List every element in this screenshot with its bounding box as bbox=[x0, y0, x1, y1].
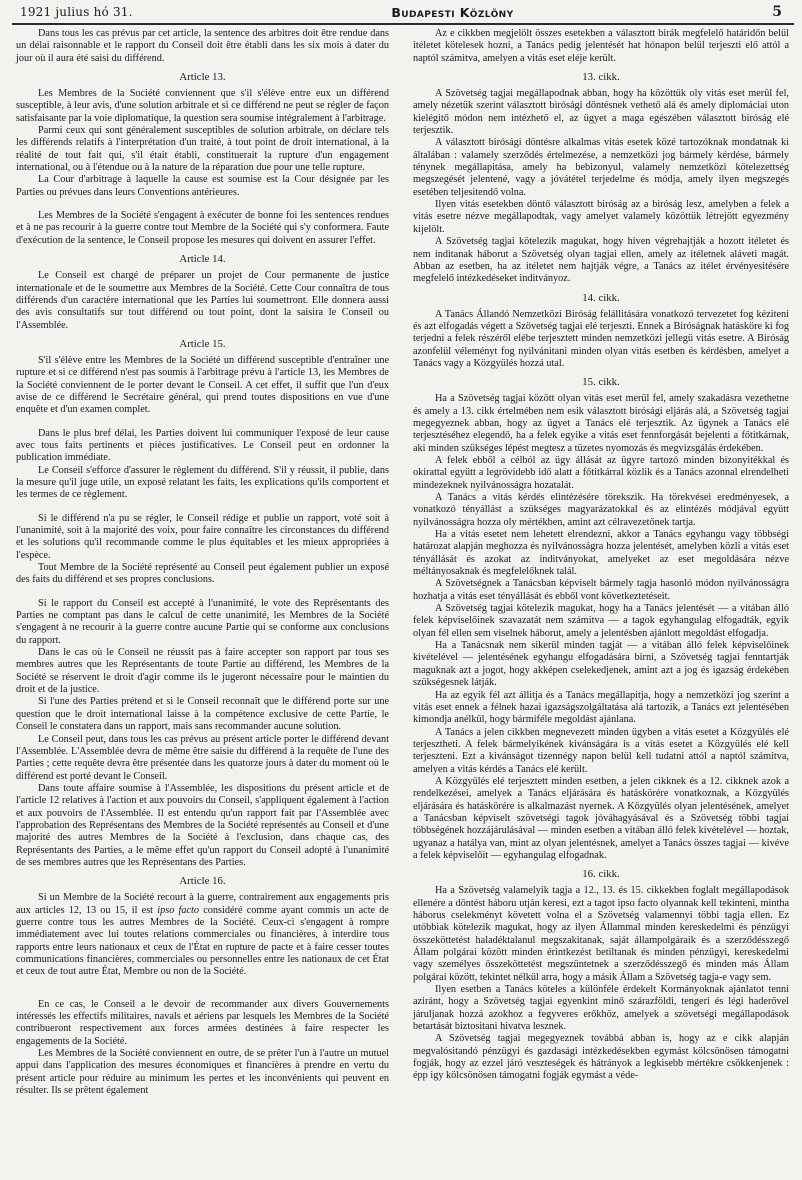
header-rule bbox=[12, 23, 794, 25]
article-heading: Article 13. bbox=[16, 71, 389, 84]
paragraph: Le Conseil est chargé de préparer un pro… bbox=[16, 270, 389, 332]
paragraph: A Tanács Állandó Nemzetközi Biróság felá… bbox=[413, 309, 789, 371]
paragraph: Si l'une des Parties prétend et si le Co… bbox=[16, 696, 389, 733]
paragraph: Le Conseil s'efforce d'assurer le règlem… bbox=[16, 465, 389, 502]
paragraph: Dans le plus bref délai, les Parties doi… bbox=[16, 428, 389, 465]
paragraph: A felek ebből a célból az ügy állását az… bbox=[413, 455, 789, 492]
paragraph: Az e cikkben megjelölt összes esetekben … bbox=[413, 28, 789, 65]
paragraph: Les Membres de la Société conviennent qu… bbox=[16, 88, 389, 125]
paragraph: A Tanács a jelen cikkben megnevezett min… bbox=[413, 727, 789, 776]
article-heading: Article 14. bbox=[16, 253, 389, 266]
paragraph: Le Conseil peut, dans tous les cas prévu… bbox=[16, 734, 389, 783]
hungarian-column: Az e cikkben megjelölt összes esetekben … bbox=[413, 28, 789, 1083]
paragraph: Parmi ceux qui sont généralement suscept… bbox=[16, 125, 389, 174]
paragraph: Dans le cas où le Conseil ne réussit pas… bbox=[16, 647, 389, 696]
paragraph: A Szövetségnek a Tanácsban képviselt bár… bbox=[413, 578, 789, 603]
paragraph: Ha a Szövetség valamelyik tagja a 12., 1… bbox=[413, 885, 789, 984]
paragraph: Ilyen esetben a Tanács köteles a különfé… bbox=[413, 984, 789, 1033]
paragraph: A Szövetség tagjai kötelezik magukat, ho… bbox=[413, 236, 789, 285]
article-heading: 15. cikk. bbox=[413, 376, 789, 389]
italic-term: ipso facto bbox=[157, 905, 199, 916]
paragraph: A Szövetség tagjai kötelezik magukat, ho… bbox=[413, 603, 789, 640]
page-header: 1921 julius hó 31. Budapesti Közlöny 5 bbox=[12, 2, 790, 22]
article-heading: 16. cikk. bbox=[413, 868, 789, 881]
paragraph: Ilyen vitás esetekben döntő választott b… bbox=[413, 199, 789, 236]
page-number: 5 bbox=[772, 4, 790, 20]
issue-date: 1921 julius hó 31. bbox=[12, 5, 133, 19]
article-heading: 13. cikk. bbox=[413, 71, 789, 84]
paragraph: S'il s'élève entre les Membres de la Soc… bbox=[16, 355, 389, 417]
paragraph: Les Membres de la Société conviennent en… bbox=[16, 1048, 389, 1097]
paragraph: La Cour d'arbitrage à laquelle la cause … bbox=[16, 174, 389, 199]
article-heading: Article 15. bbox=[16, 338, 389, 351]
newspaper-page: 1921 julius hó 31. Budapesti Közlöny 5 D… bbox=[0, 0, 802, 1180]
paragraph: Dans toute affaire soumise à l'Assemblée… bbox=[16, 783, 389, 869]
paragraph: A Szövetség tagjai megegyeznek továbbá a… bbox=[413, 1033, 789, 1082]
paragraph: Ha a vitás esetet nem lehetett elrendezn… bbox=[413, 529, 789, 578]
paragraph: A Szövetség tagjai megállapodnak abban, … bbox=[413, 88, 789, 137]
paragraph: A Közgyülés elé terjesztett minden esetb… bbox=[413, 776, 789, 862]
paragraph: Ha az egyik fél azt állitja és a Tanács … bbox=[413, 690, 789, 727]
paragraph: En ce cas, le Conseil a le devoir de rec… bbox=[16, 999, 389, 1048]
paragraph: Si un Membre de la Société recourt à la … bbox=[16, 892, 389, 978]
paragraph: Ha a Szövetség tagjai között olyan vitás… bbox=[413, 393, 789, 455]
article-heading: Article 16. bbox=[16, 875, 389, 888]
french-column: Dans tous les cas prévus par cet article… bbox=[16, 28, 389, 1097]
paragraph: Les Membres de la Société s'engagent à e… bbox=[16, 210, 389, 247]
paragraph: A választott birósági döntésre alkalmas … bbox=[413, 137, 789, 199]
article-heading: 14. cikk. bbox=[413, 292, 789, 305]
paragraph: A Tanács a vitás kérdés elintézésére tör… bbox=[413, 492, 789, 529]
publication-title: Budapesti Közlöny bbox=[391, 5, 513, 20]
paragraph: Dans tous les cas prévus par cet article… bbox=[16, 28, 389, 65]
paragraph: Tout Membre de la Société représenté au … bbox=[16, 562, 389, 587]
paragraph: Ha a Tanácsnak nem sikerül minden tagját… bbox=[413, 640, 789, 689]
paragraph: Si le différend n'a pu se régler, le Con… bbox=[16, 513, 389, 562]
paragraph: Si le rapport du Conseil est accepté à l… bbox=[16, 598, 389, 647]
